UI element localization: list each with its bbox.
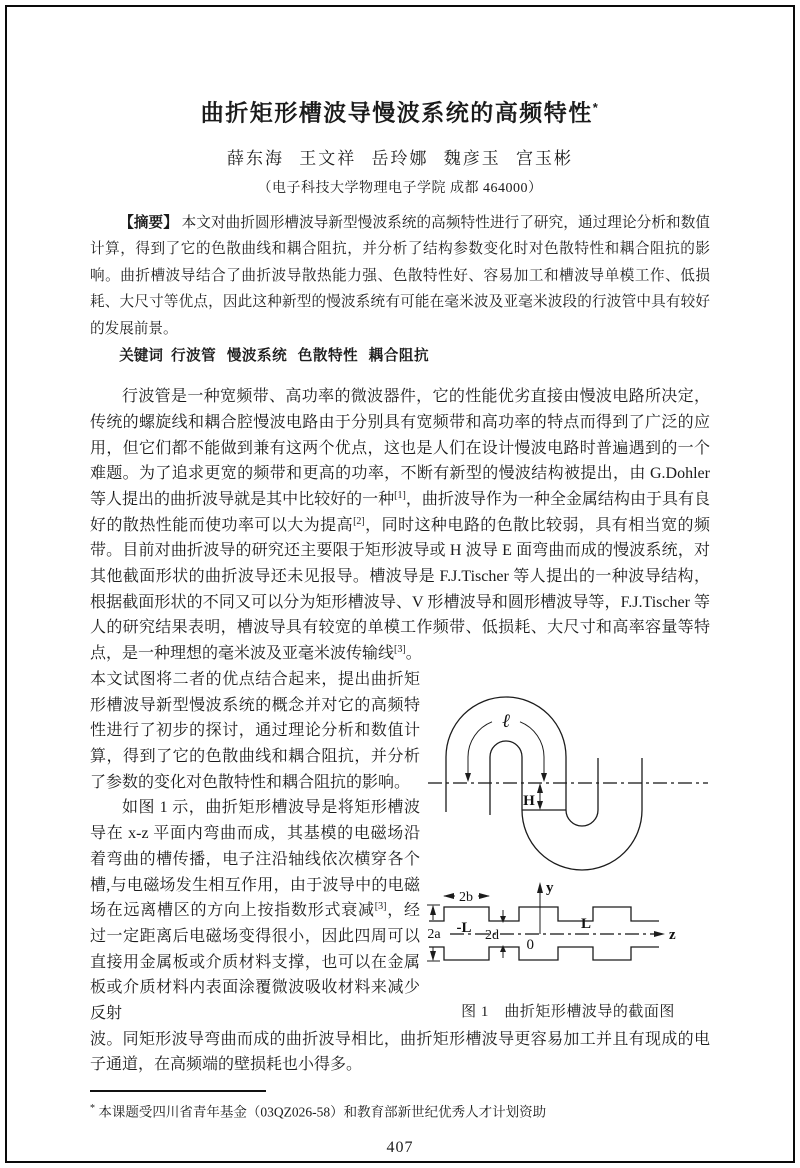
abstract-label: 【摘要】 xyxy=(119,215,178,231)
column-paragraph-1: 本文试图将二者的优点结合起来，提出曲折矩形槽波导新型慢波系统的概念并对它的高频特… xyxy=(90,667,420,796)
arrow-icon xyxy=(537,882,543,893)
arrow-icon xyxy=(430,905,436,915)
title-footnote-marker: * xyxy=(593,100,600,115)
label-y: y xyxy=(546,880,554,896)
label-neg-L: -L xyxy=(457,920,472,936)
arrow-icon xyxy=(443,893,454,899)
label-L: L xyxy=(581,916,591,932)
label-l: ℓ xyxy=(502,711,510,732)
page-number: 407 xyxy=(90,1139,710,1157)
label-H: H xyxy=(523,793,535,809)
label-z: z xyxy=(669,927,676,943)
keywords-label: 关键词 xyxy=(119,348,163,364)
citation-ref-1: [1] xyxy=(394,490,406,501)
column-segment: 如图 1 示，曲折矩形槽波导是将矩形槽波导在 x-z 平面内弯曲而成，其基模的电… xyxy=(90,799,420,919)
label-2b: 2b xyxy=(459,890,473,905)
groove-bottom-profile xyxy=(429,947,659,960)
figure-1-caption: 图 1 曲折矩形槽波导的截面图 xyxy=(426,1000,710,1026)
figure-1-drawing: ℓ H z y 0 xyxy=(426,669,710,981)
paper-title-text: 曲折矩形槽波导慢波系统的高频特性 xyxy=(201,100,593,126)
citation-ref-2: [2] xyxy=(353,516,365,527)
column-paragraph-2: 如图 1 示，曲折矩形槽波导是将矩形槽波导在 x-z 平面内弯曲而成，其基模的电… xyxy=(90,795,420,1026)
label-2d: 2d xyxy=(485,928,499,943)
affiliation: （电子科技大学物理电子学院 成都 464000） xyxy=(90,177,710,197)
column-segment: ，经过一定距离后电磁场变得很小，因此四周可以直接用金属板或介质材料支撑，也可以在… xyxy=(90,902,420,1022)
figure-1-column: ℓ H z y 0 xyxy=(420,667,710,1025)
footnote-divider xyxy=(90,1090,266,1092)
arrow-icon xyxy=(500,945,506,952)
arrow-icon xyxy=(537,801,543,810)
label-2a: 2a xyxy=(427,927,441,942)
intro-segment: 。 xyxy=(406,645,422,662)
arrow-icon xyxy=(465,773,471,782)
footnote-text: 本课题受四川省青年基金（03QZ026-58）和教育部新世纪优秀人才计划资助 xyxy=(98,1105,546,1120)
label-origin: 0 xyxy=(527,937,535,953)
citation-ref-3: [3] xyxy=(394,644,406,655)
left-text-column: 本文试图将二者的优点结合起来，提出曲折矩形槽波导新型慢波系统的概念并对它的高频特… xyxy=(90,667,420,1027)
keywords-line: 关键词行波管 慢波系统 色散特性 耦合阻抗 xyxy=(90,343,710,369)
paper-page: 曲折矩形槽波导慢波系统的高频特性* 薛东海 王文祥 岳玲娜 魏彦玉 宫玉彬 （电… xyxy=(90,0,710,1157)
intro-segment: ，同时这种电路的色散比较弱，具有相当宽的频带。目前对曲折波导的研究还主要限于矩形… xyxy=(90,517,710,663)
two-column-section: 本文试图将二者的优点结合起来，提出曲折矩形槽波导新型慢波系统的概念并对它的高频特… xyxy=(90,667,710,1027)
arrow-icon xyxy=(500,916,506,923)
arrow-icon xyxy=(430,951,436,961)
continuation-paragraph: 波。同矩形波导弯曲而成的曲折波导相比，曲折矩形槽波导更容易加工并且有现成的电子通… xyxy=(90,1027,710,1078)
author-list: 薛东海 王文祥 岳玲娜 魏彦玉 宫玉彬 xyxy=(90,144,710,169)
arrow-icon xyxy=(541,773,547,782)
footnote-marker: * xyxy=(90,1103,95,1114)
abstract-paragraph: 【摘要】 本文对曲折圆形槽波导新型慢波系统的高频特性进行了研究，通过理论分析和数… xyxy=(90,210,710,343)
paper-title: 曲折矩形槽波导慢波系统的高频特性* xyxy=(90,92,710,129)
keywords-terms: 行波管 慢波系统 色散特性 耦合阻抗 xyxy=(171,348,429,364)
intro-paragraph: 行波管是一种宽频带、高功率的微波器件，它的性能优劣直接由慢波电路所决定，传统的螺… xyxy=(90,384,710,667)
abstract-text: 本文对曲折圆形槽波导新型慢波系统的高频特性进行了研究，通过理论分析和数值计算，得… xyxy=(90,215,710,337)
arrow-icon xyxy=(654,931,665,937)
groove-top-profile xyxy=(429,907,659,921)
arrow-icon xyxy=(537,783,543,793)
footnote: * 本课题受四川省青年基金（03QZ026-58）和教育部新世纪优秀人才计划资助 xyxy=(90,1100,710,1122)
body-text: 行波管是一种宽频带、高功率的微波器件，它的性能优劣直接由慢波电路所决定，传统的螺… xyxy=(90,384,710,1078)
citation-ref-3b: [3] xyxy=(375,901,387,912)
arrow-icon xyxy=(479,893,490,899)
